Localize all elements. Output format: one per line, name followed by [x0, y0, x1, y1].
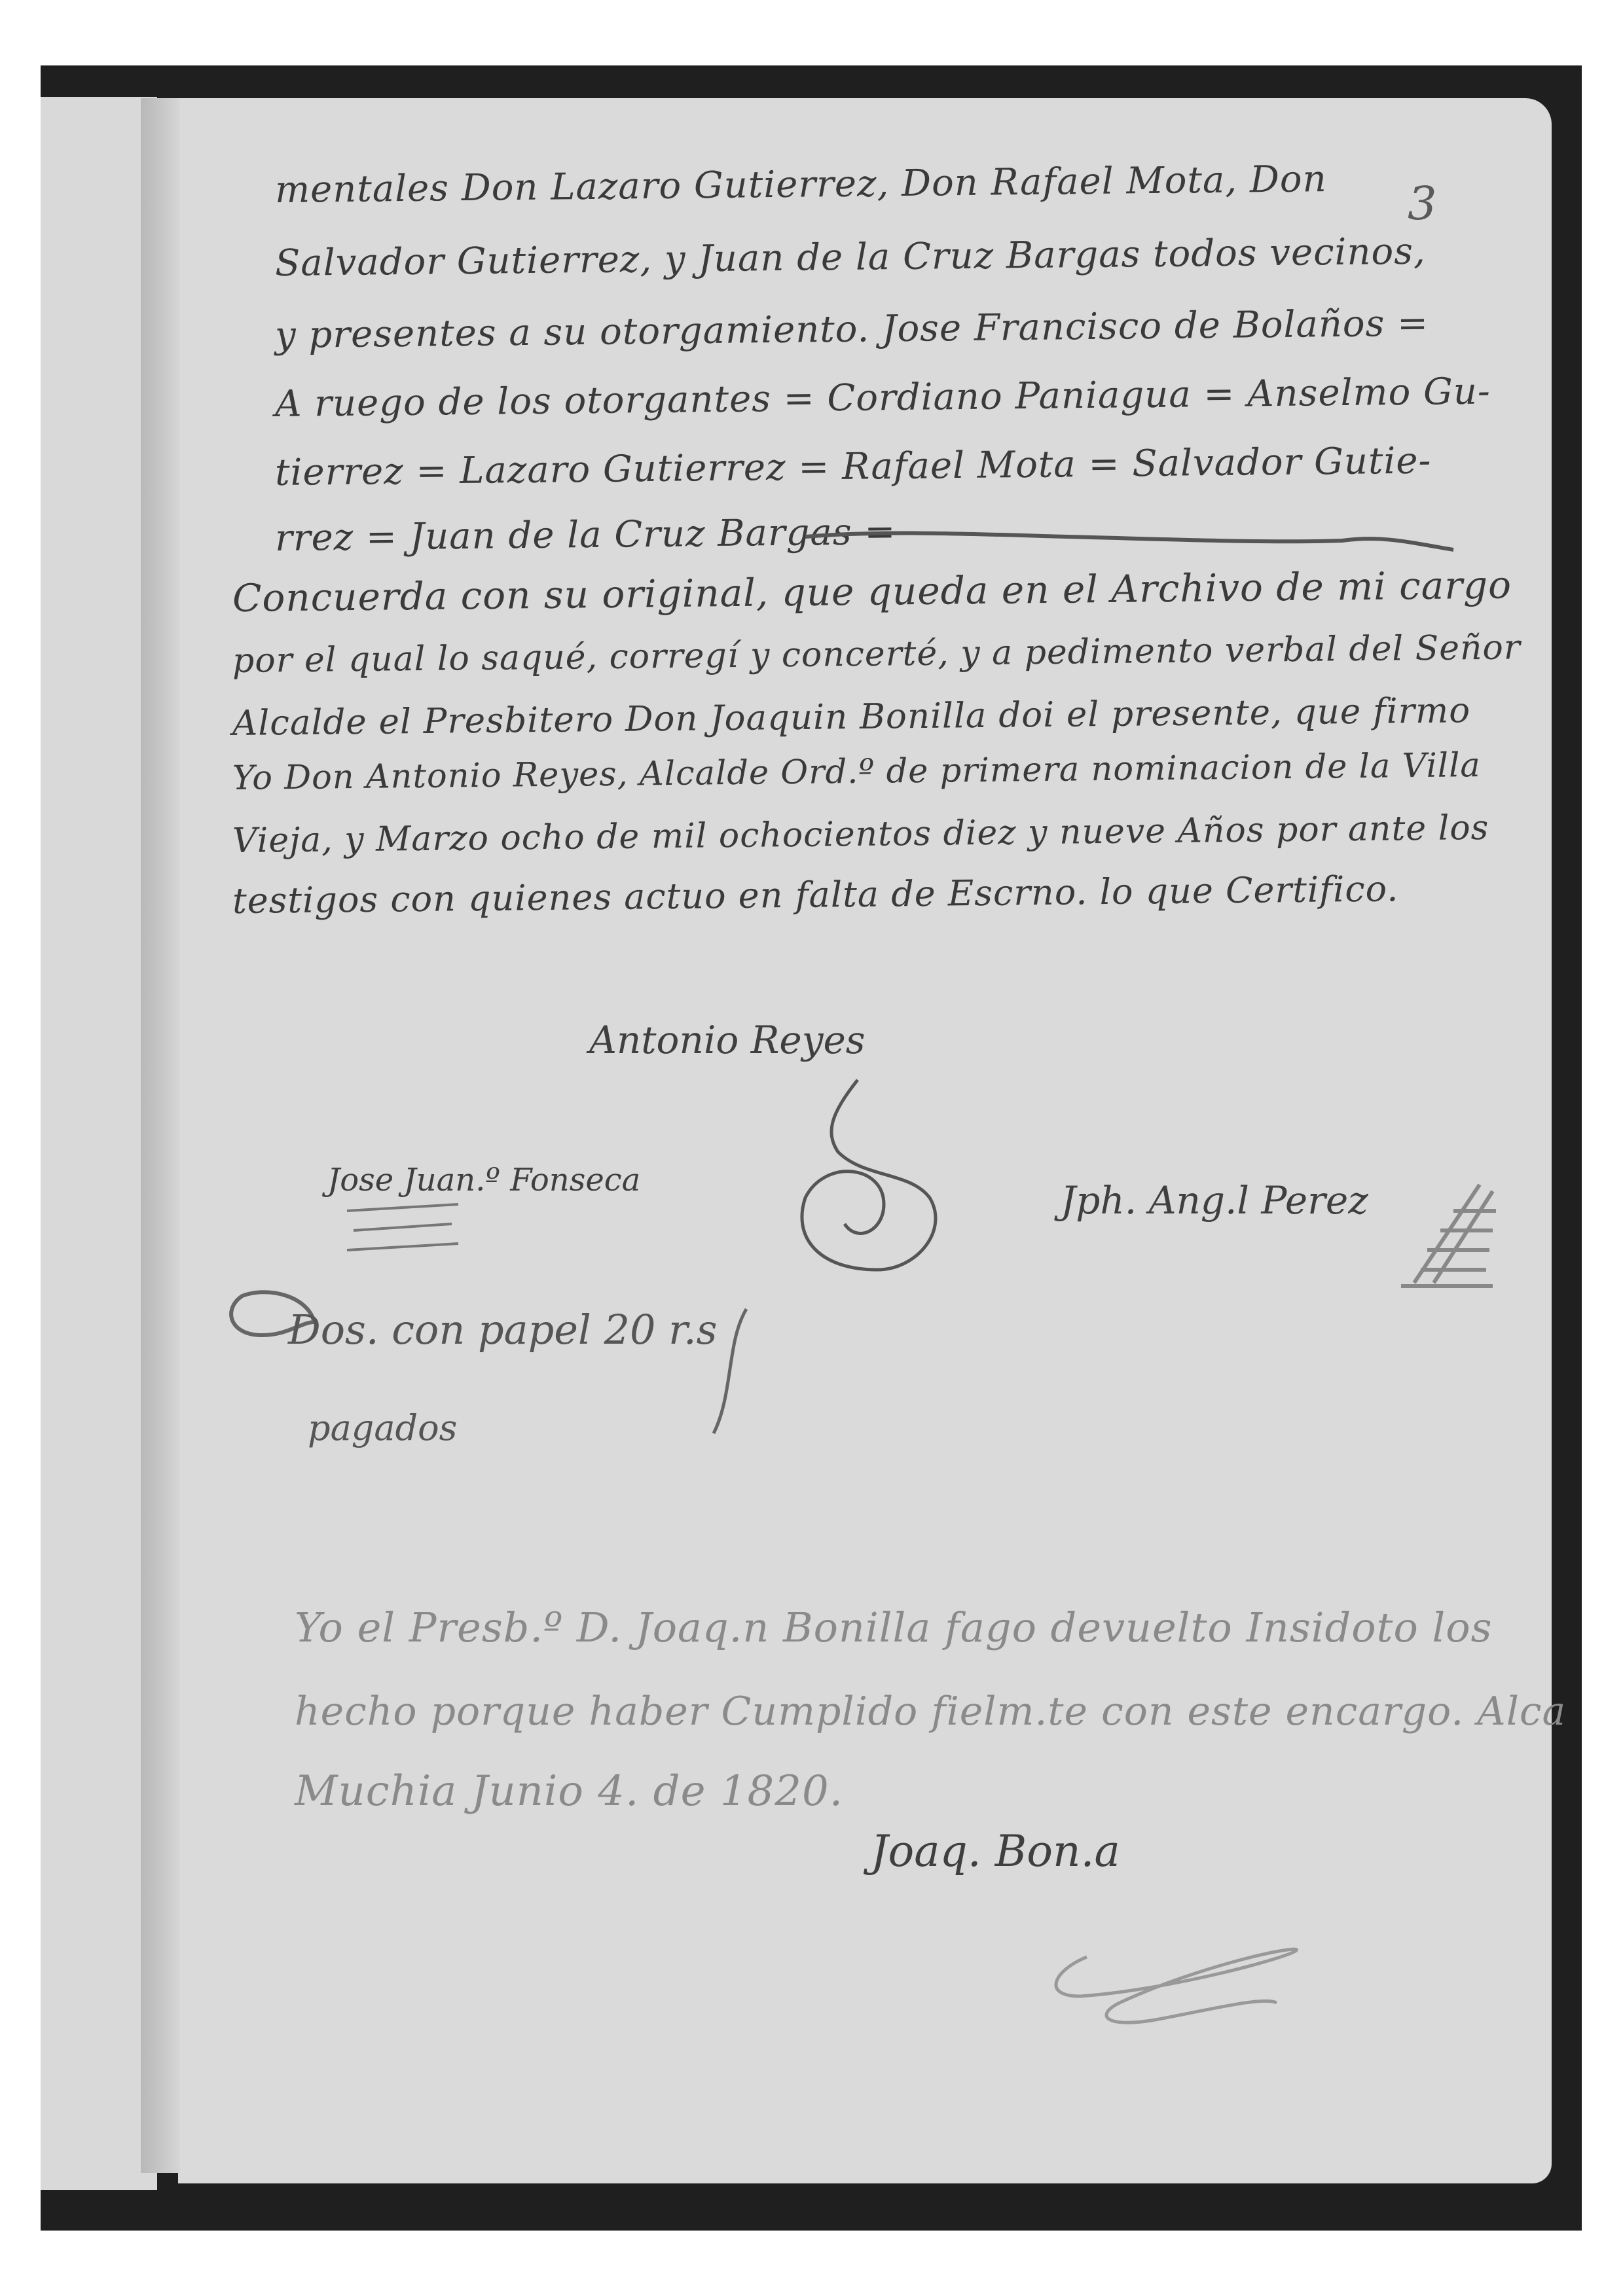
signature-witness-perez: Jph. Ang.l Perez: [1061, 1178, 1368, 1223]
signature-rubric: [753, 1073, 1015, 1296]
previous-page-flap: [41, 97, 157, 2190]
signature-hatching: [340, 1198, 471, 1270]
text-line: rrez = Juan de la Cruz Bargas =: [275, 511, 896, 560]
later-note-line: Yo el Presb.º D. Joaq.n Bonilla fago dev…: [295, 1604, 1492, 1651]
closing-line-stroke: [805, 517, 1460, 556]
folio-number: 3: [1408, 177, 1437, 230]
fee-note-line: pagados: [308, 1407, 457, 1448]
fee-note-line: Dos. con papel 20 r.s: [288, 1306, 717, 1354]
later-note-line: Muchia Junio 4. de 1820.: [295, 1767, 843, 1816]
later-note-line: hecho porque haber Cumplido fielm.te con…: [295, 1689, 1566, 1734]
signature-antonio-reyes: Antonio Reyes: [589, 1018, 866, 1062]
signature-witness-fonseca: Jose Juan.º Fonseca: [327, 1162, 640, 1198]
signature-rubric-bonilla: [1041, 1937, 1316, 2036]
binding-gutter: [141, 98, 180, 2173]
signature-ladder-rubric: [1388, 1178, 1499, 1296]
signature-bonilla: Joaq. Bon.a: [871, 1826, 1120, 1876]
fee-note-bracket: [707, 1302, 759, 1446]
